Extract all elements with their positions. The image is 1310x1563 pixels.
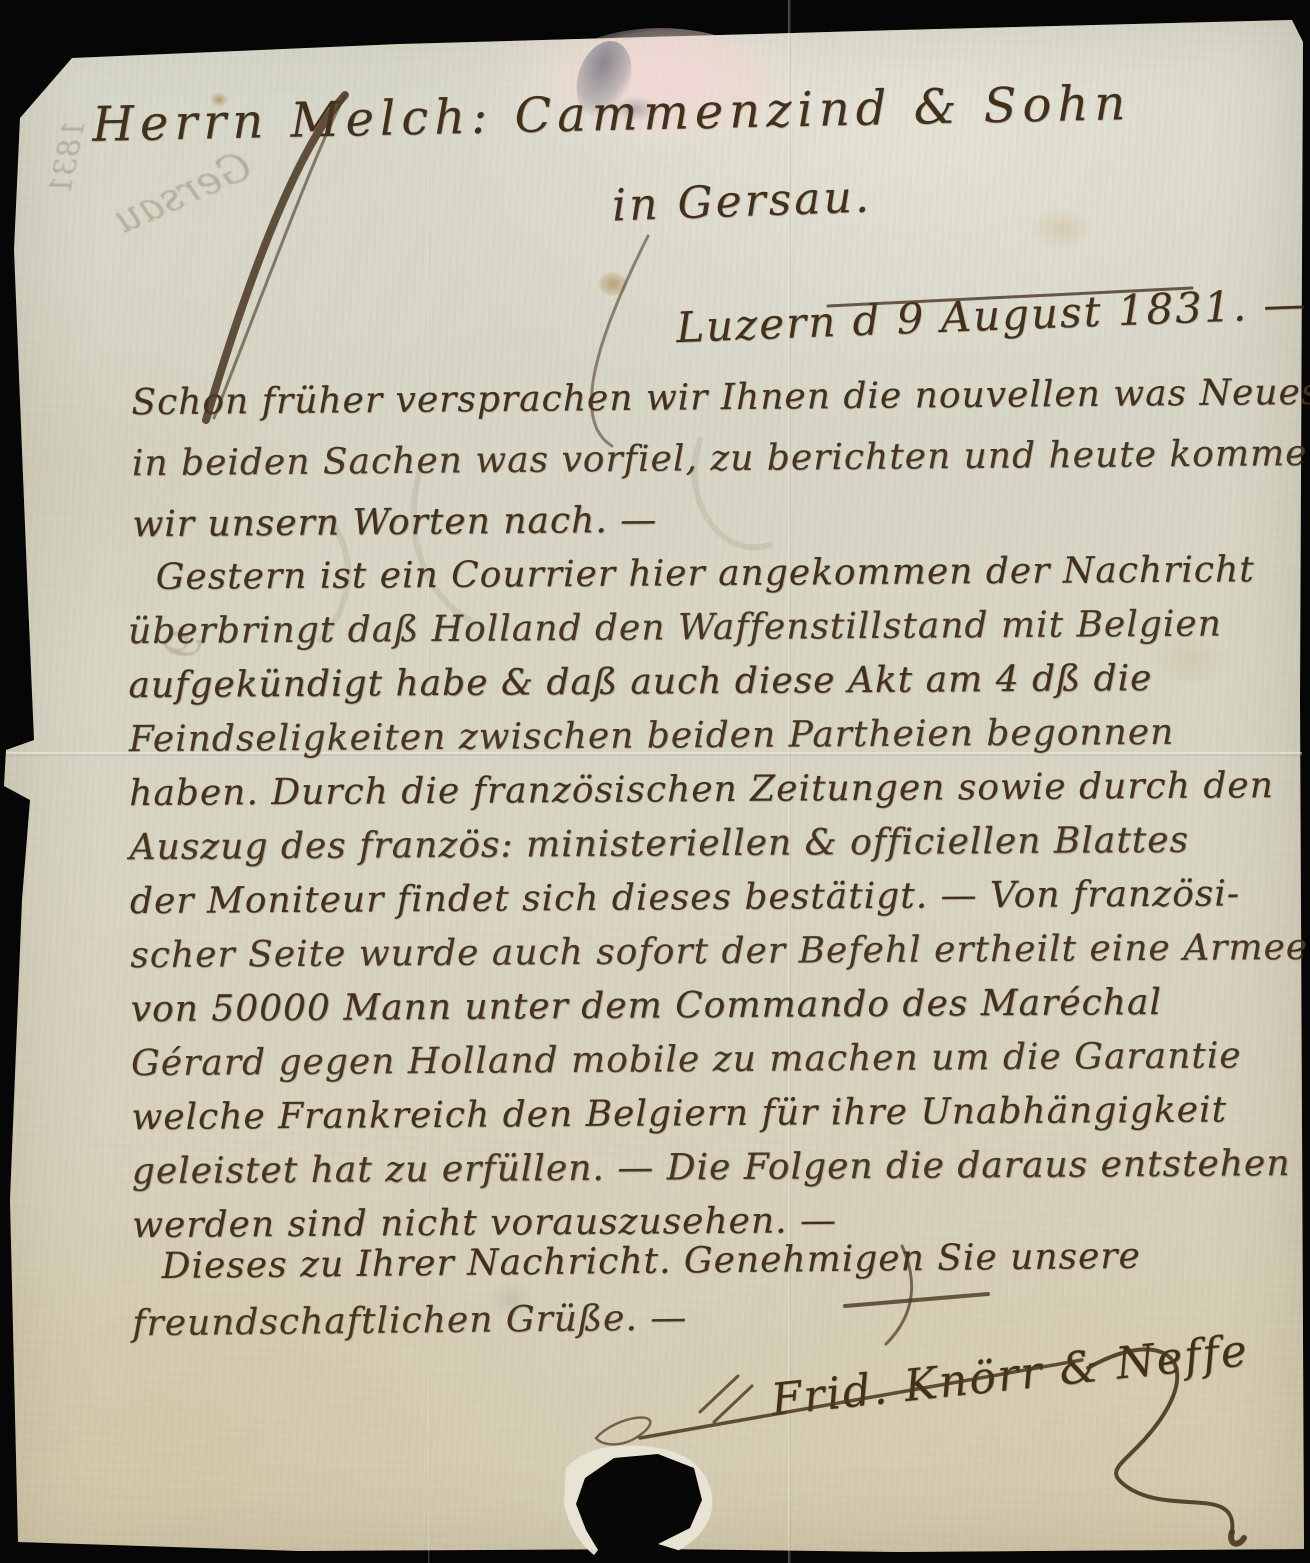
handwritten-line: Dieses zu Ihrer Nachricht. Genehmigen Si… — [131, 1239, 1141, 1307]
recipient-place-line: in Gersau. — [611, 171, 872, 231]
handwritten-line: geleistet hat zu erfüllen. — Die Folgen … — [132, 1146, 1310, 1208]
letter-photograph: { "page": { "width": 1310, "height": 156… — [0, 0, 1310, 1563]
handwritten-line: in beiden Sachen was vorfiel, zu bericht… — [132, 436, 1310, 507]
paragraph-2: Gestern ist ein Courrier hier angekommen… — [128, 552, 1310, 1262]
closing-paragraph: Dieses zu Ihrer Nachricht. Genehmigen Si… — [131, 1239, 1141, 1364]
paragraph-1: Schon früher versprachen wir Ihnen die n… — [131, 375, 1310, 568]
